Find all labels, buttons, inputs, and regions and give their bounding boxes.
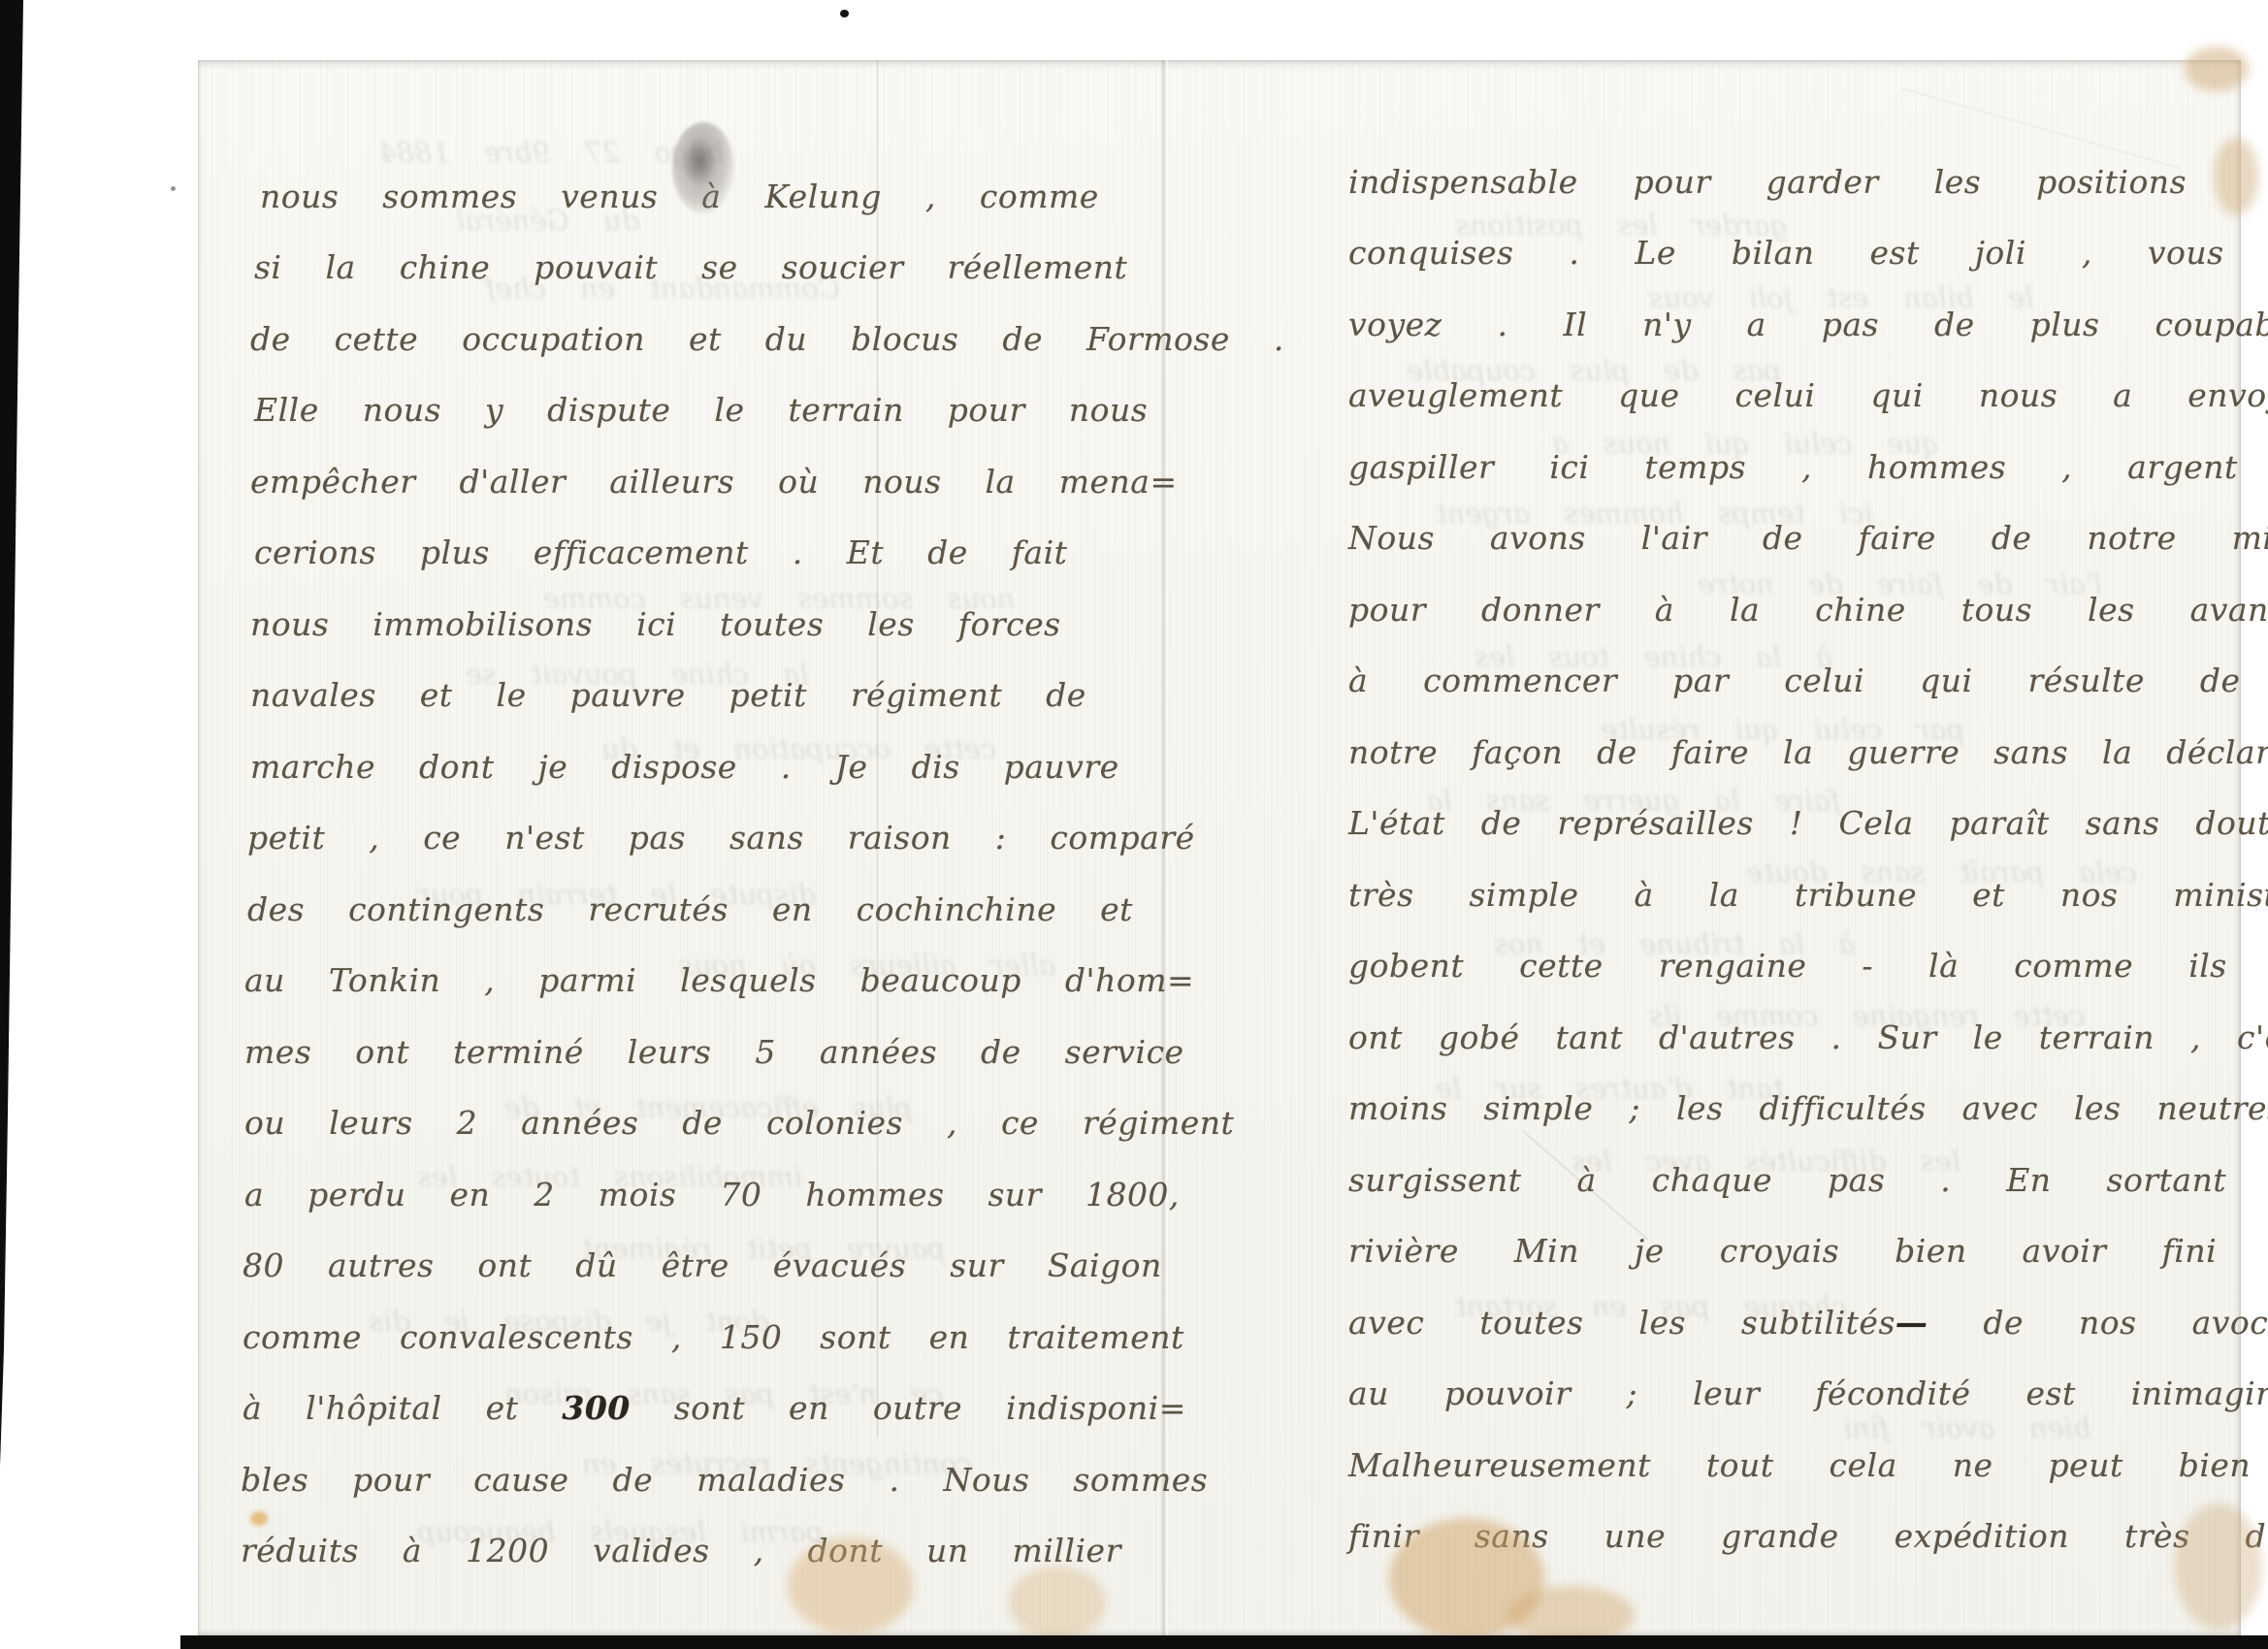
- ink-text: surgissent à chaque pas . En sortant de …: [1348, 1161, 2268, 1199]
- ink-text: navales et le pauvre petit régiment de: [250, 676, 1086, 714]
- ink-text: à commencer par celui qui résulte de: [1348, 662, 2241, 699]
- handwriting-line-left-19: bles pour cause de maladies . Nous somme…: [241, 1458, 1208, 1503]
- ink-text: comme convalescents , 150 sont en traite…: [243, 1318, 1184, 1356]
- handwriting-line-right-7: pour donner à la chine tous les avantage…: [1348, 588, 2268, 632]
- ink-text: empêcher d'aller ailleurs où nous la men…: [250, 463, 1178, 501]
- ink-text: gobent cette rengaine - là comme ils en: [1348, 947, 2268, 985]
- ink-text: aveuglement que celui qui nous a envoyés: [1348, 376, 2268, 414]
- handwriting-line-left-3: de cette occupation et du blocus de Form…: [250, 317, 1284, 362]
- dust-dot-top-center: [840, 10, 849, 17]
- handwriting-line-left-11: des contingents recrutés en cochinchine …: [247, 888, 1133, 932]
- ink-text: réduits à 1200 valides , dont un millier: [241, 1532, 1121, 1569]
- ink-text: cerions plus efficacement . Et de fait: [254, 533, 1067, 571]
- handwriting-line-left-6: cerions plus efficacement . Et de fait: [254, 531, 1067, 575]
- handwriting-line-right-20: finir sans une grande expédition très du…: [1348, 1514, 2268, 1559]
- handwriting-line-left-4: Elle nous y dispute le terrain pour nous: [254, 388, 1148, 433]
- ink-text: mes ont terminé leurs 5 années de servic…: [244, 1033, 1184, 1071]
- ink-text: a perdu en 2 mois 70 hommes sur 1800,: [244, 1176, 1180, 1213]
- handwriting-line-right-14: moins simple ; les difficultés avec les …: [1348, 1086, 2268, 1131]
- handwriting-line-right-1: indispensable pour garder les positions: [1348, 160, 2187, 205]
- ink-text: au Tonkin , parmi lesquels beaucoup d'ho…: [244, 961, 1194, 999]
- ink-text: avec toutes les subtilités: [1348, 1304, 1895, 1342]
- ghost-bleedthrough-line-31: bien avoir fini: [1843, 1411, 2091, 1444]
- ink-text: petit , ce n'est pas sans raison : compa…: [247, 819, 1195, 857]
- ink-text: rivière Min je croyais bien avoir fini: [1348, 1232, 2217, 1270]
- ink-text: notre façon de faire la guerre sans la d…: [1348, 733, 2268, 771]
- ink-text: 80 autres ont dû être évacués sur Saigon: [243, 1246, 1162, 1284]
- handwriting-line-left-13: mes ont terminé leurs 5 années de servic…: [244, 1030, 1184, 1075]
- ink-text: très simple à la tribune et nos ministre…: [1348, 876, 2268, 914]
- ink-text: finir sans une grande expédition très du…: [1348, 1517, 2268, 1555]
- ink-text: voyez . Il n'y a pas de plus coupable: [1348, 306, 2268, 343]
- handwriting-line-right-5: gaspiller ici temps , hommes , argent .: [1348, 445, 2268, 490]
- scan-background: bago 27 9bre 1884du GénéralCommandant en…: [0, 0, 2268, 1649]
- handwriting-line-right-4: aveuglement que celui qui nous a envoyés: [1348, 373, 2268, 418]
- ink-text: si la chine pouvait se soucier réellemen…: [254, 248, 1127, 286]
- handwriting-line-left-5: empêcher d'aller ailleurs où nous la men…: [250, 460, 1178, 504]
- scanner-edge-left: [0, 0, 25, 1467]
- handwriting-line-left-14: ou leurs 2 années de colonies , ce régim…: [244, 1101, 1234, 1146]
- ink-text: au pouvoir ; leur fécondité est inimagin…: [1348, 1374, 2268, 1412]
- ink-text: L'état de représailles ! Cela paraît san…: [1348, 804, 2268, 842]
- ink-text: conquises . Le bilan est joli , vous le: [1348, 234, 2268, 272]
- ink-text: ou leurs 2 années de colonies , ce régim…: [244, 1104, 1234, 1142]
- ink-text: bles pour cause de maladies . Nous somme…: [241, 1461, 1208, 1499]
- ink-text: Elle nous y dispute le terrain pour nous: [254, 391, 1148, 429]
- ink-text: de cette occupation et du blocus de Form…: [250, 320, 1284, 358]
- ink-text: Malheureusement tout cela ne peut bien: [1348, 1446, 2251, 1484]
- handwriting-line-left-7: nous immobilisons ici toutes les forces: [250, 602, 1061, 647]
- ink-text: marche dont je dispose . Je dis pauvre: [250, 748, 1119, 786]
- ghost-bleedthrough-line-1: bago 27 9bre 1884: [378, 136, 724, 169]
- handwriting-line-left-1: nous sommes venus à Kelung , comme: [260, 175, 1099, 219]
- handwriting-line-right-10: L'état de représailles ! Cela paraît san…: [1348, 801, 2268, 846]
- handwriting-line-right-12: gobent cette rengaine - là comme ils en: [1348, 944, 2268, 988]
- handwriting-line-left-17: comme convalescents , 150 sont en traite…: [243, 1315, 1184, 1360]
- handwriting-line-left-18: à l'hôpital et 300 sont en outre indispo…: [243, 1386, 1186, 1431]
- handwriting-line-right-17: avec toutes les subtilités— de nos avoca…: [1348, 1301, 2268, 1345]
- handwriting-line-right-9: notre façon de faire la guerre sans la d…: [1348, 730, 2268, 775]
- handwriting-line-right-11: très simple à la tribune et nos ministre…: [1348, 873, 2268, 918]
- handwriting-line-right-13: ont gobé tant d'autres . Sur le terrain …: [1348, 1016, 2268, 1060]
- ink-correction: 300: [562, 1389, 630, 1427]
- handwriting-line-left-2: si la chine pouvait se soucier réellemen…: [254, 245, 1127, 290]
- handwriting-line-left-12: au Tonkin , parmi lesquels beaucoup d'ho…: [244, 958, 1194, 1003]
- handwriting-line-right-2: conquises . Le bilan est joli , vous le: [1348, 231, 2268, 275]
- handwriting-line-left-10: petit , ce n'est pas sans raison : compa…: [247, 816, 1195, 860]
- handwriting-line-left-16: 80 autres ont dû être évacués sur Saigon: [243, 1244, 1162, 1288]
- ink-text: pour donner à la chine tous les avantage…: [1348, 591, 2268, 629]
- ink-text: des contingents recrutés en cochinchine …: [247, 890, 1133, 928]
- ink-text: indispensable pour garder les positions: [1348, 163, 2187, 201]
- handwriting-line-right-15: surgissent à chaque pas . En sortant de …: [1348, 1158, 2268, 1203]
- ink-text: à l'hôpital et: [243, 1389, 562, 1427]
- ink-correction: —: [1895, 1304, 1928, 1342]
- ink-text: moins simple ; les difficultés avec les …: [1348, 1089, 2268, 1127]
- handwriting-line-right-19: Malheureusement tout cela ne peut bien: [1348, 1443, 2251, 1488]
- handwriting-line-left-9: marche dont je dispose . Je dis pauvre: [250, 745, 1119, 790]
- ink-text: de nos avocats: [1928, 1304, 2268, 1342]
- ink-text: ont gobé tant d'autres . Sur le terrain …: [1348, 1018, 2268, 1056]
- ink-text: gaspiller ici temps , hommes , argent .: [1348, 448, 2268, 486]
- handwriting-line-left-15: a perdu en 2 mois 70 hommes sur 1800,: [244, 1173, 1180, 1217]
- handwriting-line-right-3: voyez . Il n'y a pas de plus coupable: [1348, 303, 2268, 347]
- handwriting-line-left-8: navales et le pauvre petit régiment de: [250, 673, 1086, 718]
- ink-text: nous sommes venus à Kelung , comme: [260, 178, 1099, 215]
- handwriting-line-right-16: rivière Min je croyais bien avoir fini: [1348, 1229, 2217, 1274]
- scanner-edge-bottom: [180, 1635, 2268, 1649]
- handwriting-line-right-8: à commencer par celui qui résulte de: [1348, 659, 2241, 703]
- handwriting-line-right-18: au pouvoir ; leur fécondité est inimagin…: [1348, 1372, 2268, 1416]
- dust-dot-upper-left: [171, 186, 176, 191]
- ink-text: sont en outre indisponi=: [631, 1389, 1186, 1427]
- handwriting-line-left-20: réduits à 1200 valides , dont un millier: [241, 1529, 1121, 1573]
- ink-text: Nous avons l'air de faire de notre mieux: [1348, 519, 2268, 557]
- handwriting-line-right-6: Nous avons l'air de faire de notre mieux: [1348, 516, 2268, 561]
- ink-text: nous immobilisons ici toutes les forces: [250, 605, 1061, 643]
